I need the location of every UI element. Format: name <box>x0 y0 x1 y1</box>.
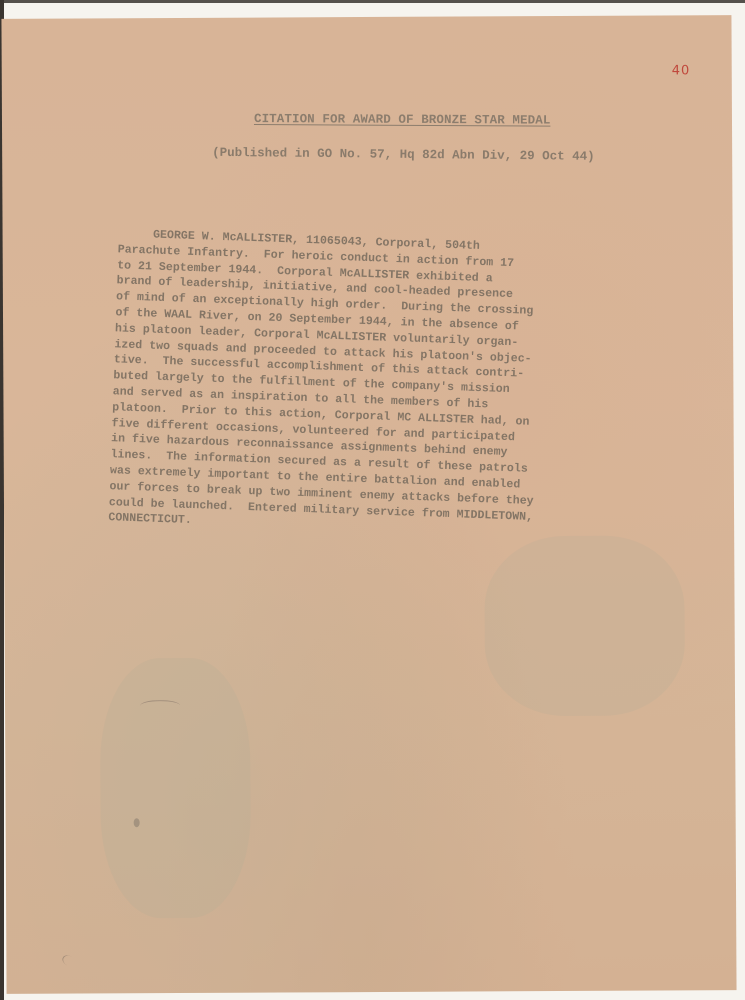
paper-smudge <box>100 658 251 919</box>
handwritten-page-number: 40 <box>672 63 691 78</box>
document-title: CITATION FOR AWARD OF BRONZE STAR MEDAL <box>254 112 551 128</box>
scanned-page: 40 CITATION FOR AWARD OF BRONZE STAR MED… <box>0 0 745 1000</box>
ink-spot <box>134 818 140 827</box>
scan-top-border <box>0 0 745 3</box>
document-subtitle: (Published in GO No. 57, Hq 82d Abn Div,… <box>212 146 595 164</box>
citation-body: GEORGE W. McALLISTER, 11065043, Corporal… <box>108 226 618 543</box>
paper-smudge <box>484 535 685 716</box>
aged-paper-sheet: 40 CITATION FOR AWARD OF BRONZE STAR MED… <box>1 15 736 994</box>
pencil-mark <box>60 953 78 969</box>
